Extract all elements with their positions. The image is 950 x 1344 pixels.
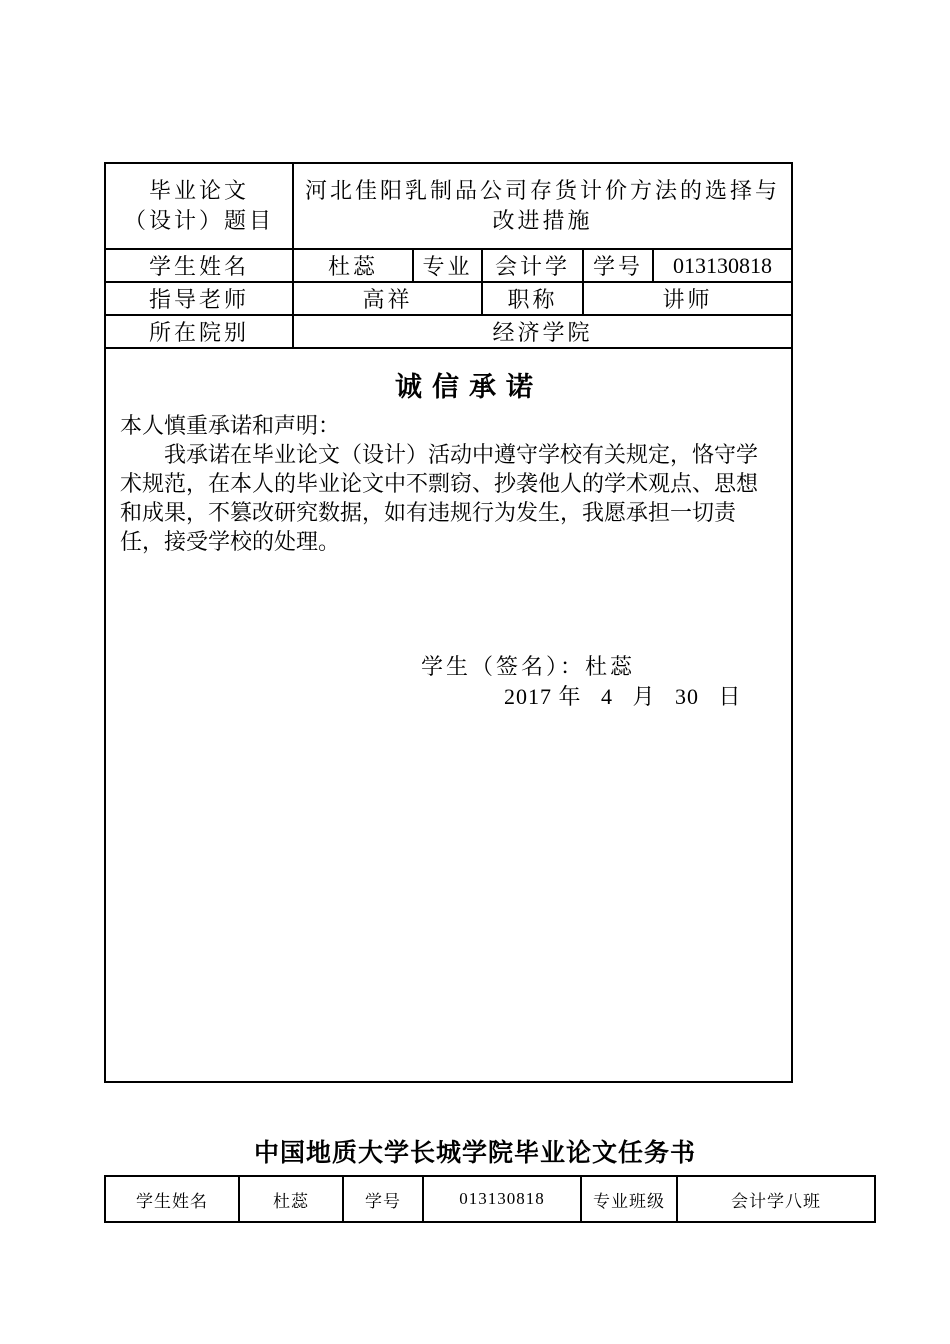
signature-date-line: 2017 年 4 月 30 日 [421,682,777,712]
signature-block: 学生（签名）：杜蕊 2017 年 4 月 30 日 [421,652,777,712]
department-value: 经济学院 [293,315,792,348]
pledge-cell: 诚信承诺 本人慎重承诺和声明： 我承诺在毕业论文（设计）活动中遵守学校有关规定，… [105,348,792,1082]
department-info-row: 所在院别 经济学院 [105,315,792,348]
pledge-row: 诚信承诺 本人慎重承诺和声明： 我承诺在毕业论文（设计）活动中遵守学校有关规定，… [105,348,792,1082]
department-label: 所在院别 [105,315,293,348]
rank-label: 职称 [482,282,583,315]
task-book-info-table: 学生姓名 杜蕊 学号 013130818 专业班级 会计学八班 [104,1175,876,1223]
pledge-intro: 本人慎重承诺和声明： [120,411,777,440]
major-label: 专业 [413,249,482,282]
task-student-id-value: 013130818 [423,1176,581,1222]
task-student-id-label: 学号 [343,1176,423,1222]
advisor-info-row: 指导老师 高祥 职称 讲师 [105,282,792,315]
student-id-value: 013130818 [653,249,792,282]
student-name-value: 杜蕊 [293,249,413,282]
student-signature-line: 学生（签名）：杜蕊 [421,652,777,682]
student-info-row: 学生姓名 杜蕊 专业 会计学 学号 013130818 [105,249,792,282]
thesis-title-row: 毕业论文 （设计）题目 河北佳阳乳制品公司存货计价方法的选择与改进措施 [105,163,792,249]
thesis-title-label: 毕业论文 （设计）题目 [105,163,293,249]
rank-value: 讲师 [583,282,792,315]
task-class-label: 专业班级 [581,1176,677,1222]
student-name-label: 学生姓名 [105,249,293,282]
task-student-name-value: 杜蕊 [239,1176,343,1222]
advisor-label: 指导老师 [105,282,293,315]
student-id-label: 学号 [583,249,653,282]
thesis-title-value: 河北佳阳乳制品公司存货计价方法的选择与改进措施 [293,163,792,249]
advisor-value: 高祥 [293,282,482,315]
task-class-value: 会计学八班 [677,1176,875,1222]
document-page: 毕业论文 （设计）题目 河北佳阳乳制品公司存货计价方法的选择与改进措施 学生姓名… [0,0,950,1344]
cover-info-table: 毕业论文 （设计）题目 河北佳阳乳制品公司存货计价方法的选择与改进措施 学生姓名… [104,162,793,1083]
task-book-title: 中国地质大学长城学院毕业论文任务书 [0,1133,950,1169]
task-student-name-label: 学生姓名 [105,1176,239,1222]
task-student-info-row: 学生姓名 杜蕊 学号 013130818 专业班级 会计学八班 [105,1176,875,1222]
major-value: 会计学 [482,249,583,282]
pledge-heading: 诚信承诺 [395,371,543,403]
pledge-body-text: 我承诺在毕业论文（设计）活动中遵守学校有关规定，恪守学术规范，在本人的毕业论文中… [120,440,777,556]
